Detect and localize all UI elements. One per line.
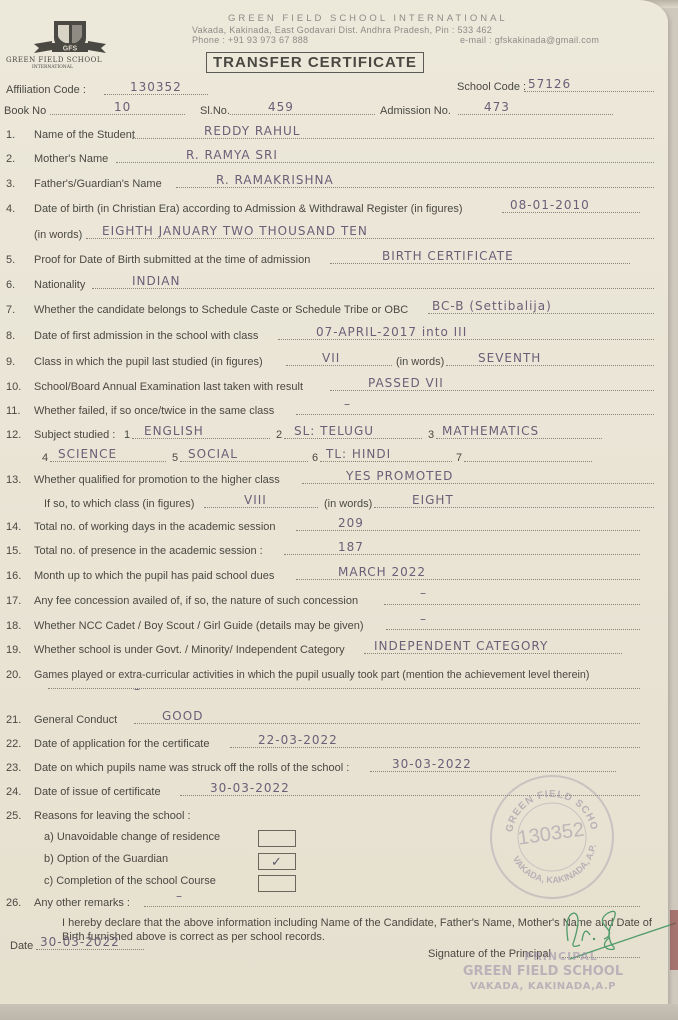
last-class-words-label: (in words) (396, 356, 444, 368)
caste-category-label: Whether the candidate belongs to Schedul… (34, 304, 408, 316)
subject-2-value: SL: TELUGU (294, 424, 374, 438)
student-name-value: REDDY RAHUL (204, 124, 300, 138)
dob-figures-value: 08-01-2010 (510, 198, 590, 212)
general-conduct-label: General Conduct (34, 714, 117, 726)
school-code-value: 57126 (528, 77, 571, 91)
last-class-label: Class in which the pupil last studied (i… (34, 356, 263, 368)
fee-concession-value: – (420, 586, 427, 600)
school-logo: GFS (30, 18, 110, 58)
admission-no-label: Admission No. (380, 105, 451, 117)
first-admission-value: 07-APRIL-2017 into III (316, 325, 467, 339)
stamp-school-location: VAKADA, KAKINADA,A.P (448, 981, 638, 992)
working-days-value: 209 (338, 516, 364, 530)
ncc-scout-label: Whether NCC Cadet / Boy Scout / Girl Gui… (34, 620, 364, 632)
subject-6-value: TL: HINDI (326, 447, 391, 461)
leaving-reasons-label: Reasons for leaving the school : (34, 810, 191, 822)
subject-3-value: MATHEMATICS (442, 424, 539, 438)
last-class-figures-value: VII (322, 351, 340, 365)
working-days-label: Total no. of working days in the academi… (34, 521, 276, 533)
affiliation-code-label: Affiliation Code : (6, 84, 86, 96)
logo-school-name: GREEN FIELD SCHOOL (6, 56, 102, 64)
last-class-words-value: SEVENTH (478, 351, 541, 365)
school-email: e-mail : gfskakinada@gmail.com (460, 35, 599, 45)
issue-date-value: 30-03-2022 (210, 781, 290, 795)
subject-4-value: SCIENCE (58, 447, 117, 461)
school-address: Vakada, Kakinada, East Godavari Dist. An… (192, 25, 492, 35)
general-conduct-value: GOOD (162, 709, 203, 723)
school-seal: GREEN FIELD SCHOOL VAKADA, KAKINADA, A.P… (482, 767, 622, 907)
fee-concession-label: Any fee concession availed of, if so, th… (34, 595, 358, 607)
dues-paid-value: MARCH 2022 (338, 565, 426, 579)
struck-off-date-value: 30-03-2022 (392, 757, 472, 771)
failed-status-value: – (344, 397, 351, 411)
presence-days-value: 187 (338, 540, 364, 554)
certificate-page: GFS GREEN FIELD SCHOOL INTERNATIONAL GRE… (0, 0, 668, 1004)
logo-school-subtitle: INTERNATIONAL (32, 65, 73, 70)
application-date-label: Date of application for the certificate (34, 738, 209, 750)
promotion-class-words-value: EIGHT (412, 493, 454, 507)
last-exam-value: PASSED VII (368, 376, 444, 390)
school-name: GREEN FIELD SCHOOL INTERNATIONAL (228, 13, 508, 24)
sl-no-label: Sl.No. (200, 105, 230, 117)
background-edge (670, 910, 678, 970)
page-bottom-edge (0, 1004, 678, 1020)
father-name-value: R. RAMAKRISHNA (216, 173, 334, 187)
last-exam-label: School/Board Annual Examination last tak… (34, 381, 303, 393)
school-phone: Phone : +91 93 973 67 888 (192, 35, 308, 45)
stamp-school-name: GREEN FIELD SCHOOL (448, 964, 638, 979)
subject-1-value: ENGLISH (144, 424, 204, 438)
reason-c-label: c) Completion of the school Course (44, 875, 216, 887)
dob-proof-value: BIRTH CERTIFICATE (382, 249, 514, 263)
reason-a-label: a) Unavoidable change of residence (44, 831, 220, 843)
mother-name-value: R. RAMYA SRI (186, 148, 278, 162)
book-no-value: 10 (114, 100, 131, 114)
svg-text:GFS: GFS (63, 46, 78, 53)
dob-label: Date of birth (in Christian Era) accordi… (34, 203, 463, 215)
issue-date-label: Date of issue of certificate (34, 786, 161, 798)
nationality-label: Nationality (34, 279, 85, 291)
dues-paid-label: Month up to which the pupil has paid sch… (34, 570, 274, 582)
affiliation-code-value: 130352 (130, 80, 182, 94)
nationality-value: INDIAN (132, 274, 180, 288)
reason-a-checkbox[interactable] (258, 830, 296, 847)
father-name-label: Father's/Guardian's Name (34, 178, 162, 190)
document-title: TRANSFER CERTIFICATE (206, 52, 424, 73)
footer-date-label: Date (10, 940, 33, 952)
promotion-class-label: If so, to which class (in figures) (44, 498, 194, 510)
mother-name-label: Mother's Name (34, 153, 108, 165)
application-date-value: 22-03-2022 (258, 733, 338, 747)
reason-c-checkbox[interactable] (258, 875, 296, 892)
promotion-label: Whether qualified for promotion to the h… (34, 474, 280, 486)
promotion-class-words-label: (in words) (324, 498, 372, 510)
stamp-principal: PRINCIPAL (486, 950, 636, 963)
school-code-label: School Code : (457, 81, 526, 93)
ncc-scout-value: – (420, 612, 427, 626)
dob-words-label: (in words) (34, 229, 82, 241)
admission-no-value: 473 (484, 100, 510, 114)
reason-b-checkbox[interactable]: ✓ (258, 853, 296, 870)
first-admission-label: Date of first admission in the school wi… (34, 330, 258, 342)
footer-date-value: 30-03-2022 (40, 935, 120, 949)
other-remarks-label: Any other remarks : (34, 897, 130, 909)
caste-category-value: BC-B (Settibalija) (432, 299, 552, 313)
book-no-label: Book No (4, 105, 46, 117)
failed-status-label: Whether failed, if so once/twice in the … (34, 405, 274, 417)
dob-words-value: EIGHTH JANUARY TWO THOUSAND TEN (102, 224, 368, 238)
dob-proof-label: Proof for Date of Birth submitted at the… (34, 254, 310, 266)
subjects-label: Subject studied : (34, 429, 115, 441)
sl-no-value: 459 (268, 100, 294, 114)
promotion-value: YES PROMOTED (346, 469, 453, 483)
school-category-label: Whether school is under Govt. / Minority… (34, 644, 345, 656)
other-remarks-value: – (176, 889, 183, 903)
subject-5-value: SOCIAL (188, 447, 238, 461)
reason-b-label: b) Option of the Guardian (44, 853, 168, 865)
shield-crest-icon: GFS (30, 18, 110, 58)
checkmark-icon: ✓ (271, 855, 283, 870)
school-category-value: INDEPENDENT CATEGORY (374, 639, 548, 653)
promotion-class-figures-value: VIII (244, 493, 267, 507)
presence-days-label: Total no. of presence in the academic se… (34, 545, 263, 557)
student-name-label: Name of the Student (34, 129, 135, 141)
struck-off-date-label: Date on which pupils name was struck off… (34, 762, 349, 774)
